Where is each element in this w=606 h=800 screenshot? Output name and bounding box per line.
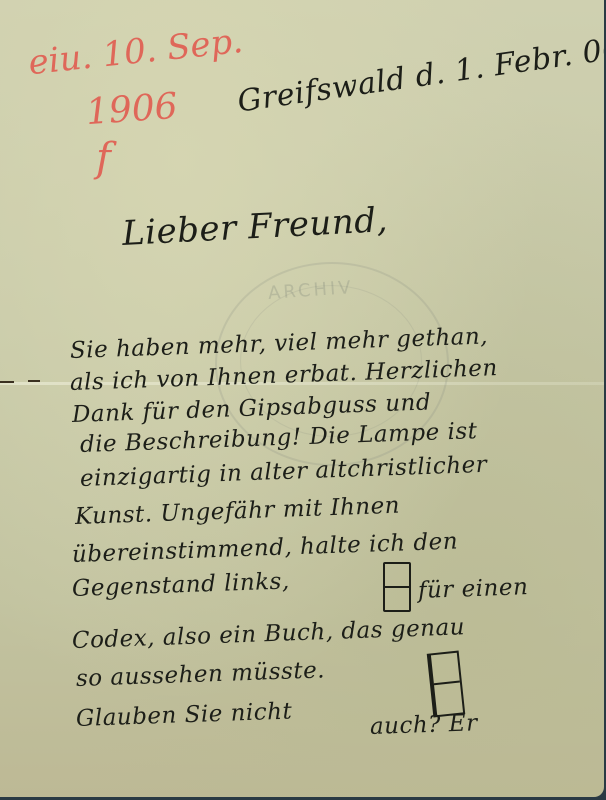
body-line: Kunst. Ungefähr mit Ihnen	[75, 495, 401, 529]
archive-note-line1: eiu. 10. Sep.	[27, 24, 245, 80]
letter-dateline: Greifswald d. 1. Febr. 06.	[236, 32, 604, 117]
archive-note-mark: f	[96, 138, 111, 178]
open-codex-sketch	[427, 651, 466, 718]
body-line: Codex, also ein Buch, das genau	[72, 616, 466, 653]
body-line: so aussehen müsste.	[76, 659, 326, 691]
body-line: Glauben Sie nicht	[76, 700, 293, 731]
body-line: Gegenstand links,	[72, 570, 290, 601]
letter-salutation: Lieber Freund,	[121, 203, 388, 251]
body-line: einzigartig in alter altchristlicher	[80, 454, 488, 491]
closed-codex-sketch	[383, 562, 411, 612]
margin-mark	[0, 381, 14, 383]
body-line: für einen	[418, 576, 529, 603]
body-line: auch? Er	[370, 712, 478, 739]
archive-note-year: 1906	[85, 89, 179, 131]
margin-mark	[28, 380, 40, 382]
letter-page: ARCHIV eiu. 10. Sep. 1906 f Greifswald d…	[0, 0, 604, 797]
